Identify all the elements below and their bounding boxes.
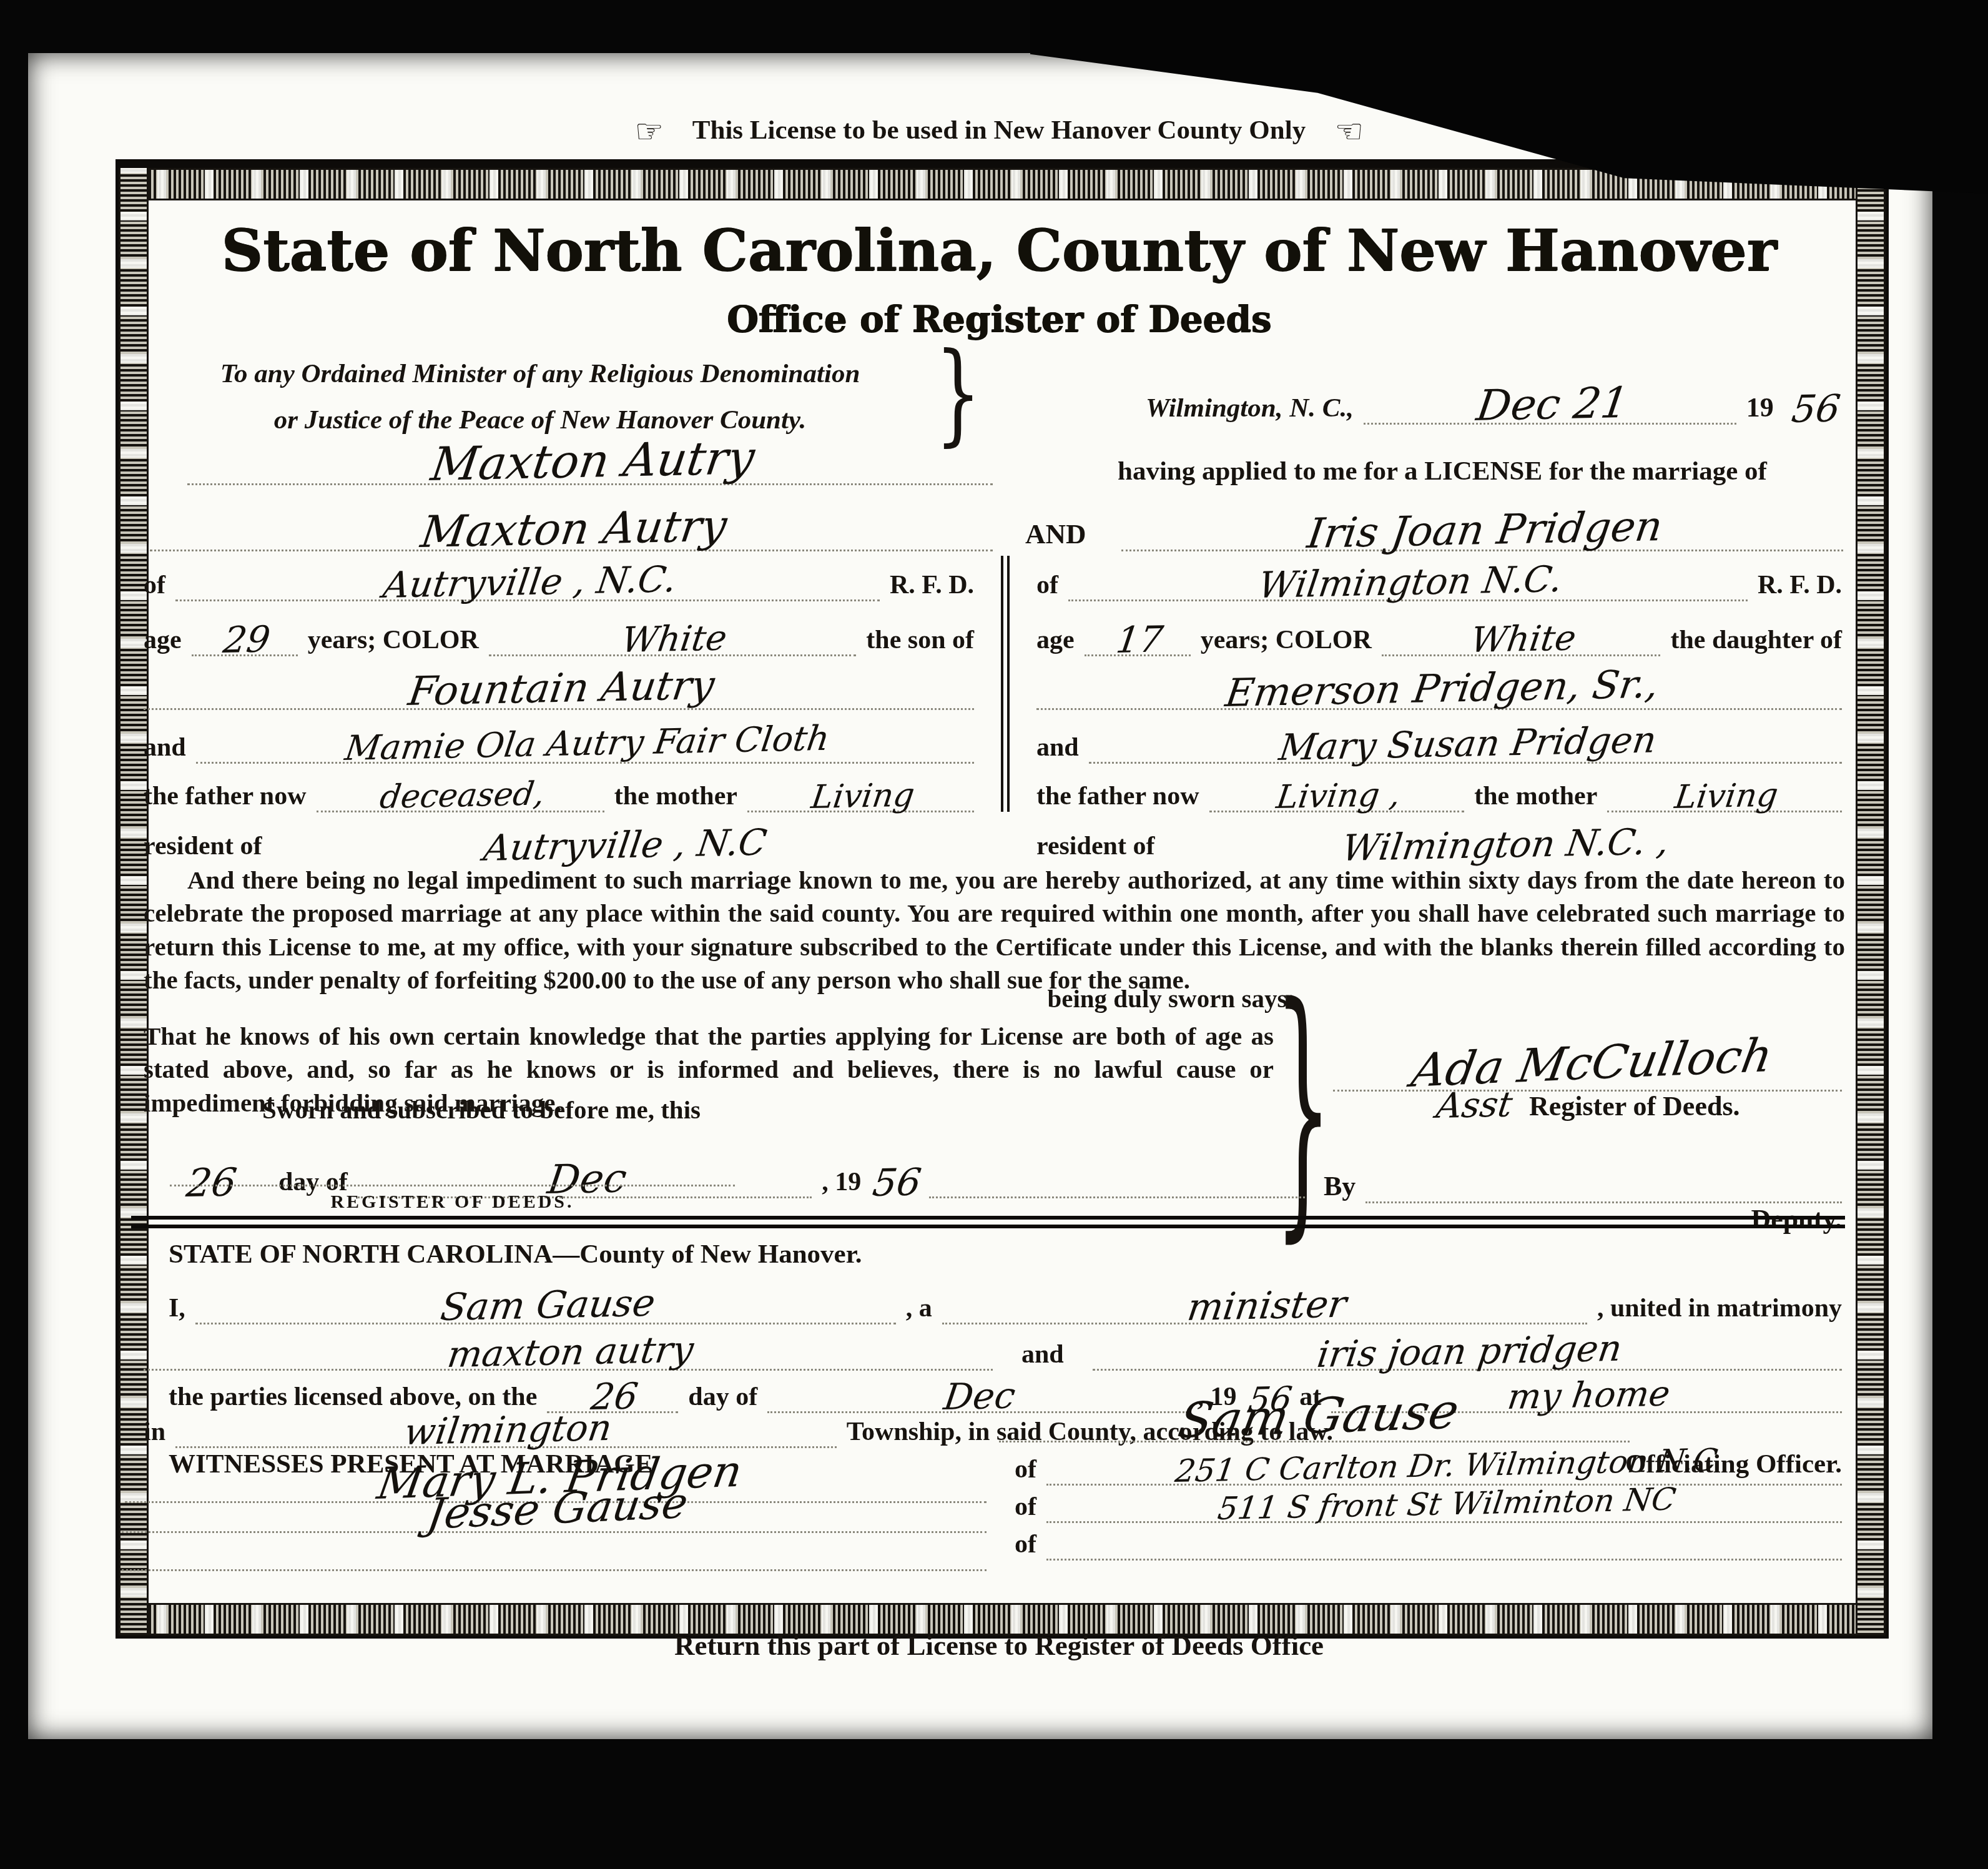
bride-mother-row: and Mary Susan Pridgen [1036, 714, 1842, 764]
sworn-year-handwritten: 56 [871, 1168, 923, 1198]
groom-mother-handwritten: Mamie Ola Autry Fair Cloth [343, 725, 831, 762]
cert-and-label: and [1021, 1341, 1064, 1371]
united-label: , united in matrimony [1597, 1295, 1842, 1324]
bride-residence-field: Wilmington N.C. [1068, 571, 1748, 601]
address3-field [1046, 1559, 1842, 1561]
rfd-label: R. F. D. [1758, 572, 1842, 601]
groom-name-handwritten: Maxton Autry [419, 509, 729, 550]
cert-bride-field: iris joan pridgen [1093, 1341, 1842, 1371]
groom-mother-row: and Mamie Ola Autry Fair Cloth [144, 714, 974, 764]
groom-color-handwritten: White [620, 625, 729, 654]
years-color-label: years; COLOR [308, 627, 479, 656]
bride-father-row: Emerson Pridgen, Sr., [1036, 660, 1842, 710]
groom-name-field: Maxton Autry [150, 515, 993, 551]
groom-mother-field: Mamie Ola Autry Fair Cloth [196, 735, 974, 764]
addressee-line1: To any Ordained Minister of any Religiou… [150, 360, 930, 390]
bride-father-status-field: Living , [1209, 785, 1465, 812]
officiant-name-field: Sam Gause [195, 1293, 896, 1324]
groom-parents-status-row: the father now deceased, the mother Livi… [144, 766, 974, 812]
groom-father-row: Fountain Autry [144, 660, 974, 710]
i-label: I, [169, 1295, 185, 1324]
bride-father-field: Emerson Pridgen, Sr., [1036, 678, 1842, 710]
year-printed-prefix: 19 [1746, 394, 1774, 425]
being-duly-sworn-text: being duly sworn says: [777, 986, 1296, 1015]
cert-groom-field: maxton autry [144, 1341, 993, 1371]
officiant-name-handwritten: Sam Gause [439, 1289, 657, 1323]
cert-bride-handwritten: iris joan pridgen [1316, 1334, 1623, 1369]
applied-text: having applied to me for a LICENSE for t… [1118, 458, 1767, 488]
bride-residence-handwritten: Wilmington N.C. [1257, 565, 1564, 599]
sworn-line-filler [929, 1196, 1305, 1198]
groom-column: of Autryville , N.C. R. F. D. age 29 yea… [144, 553, 974, 865]
officiant-row: I, Sam Gause , a minister , united in ma… [169, 1275, 1842, 1324]
groom-father-status-handwritten: deceased, [378, 782, 546, 811]
the-mother-label: the mother [1474, 783, 1597, 812]
witness2-row: Jesse Gause [122, 1487, 987, 1533]
asst-handwritten: Asst [1435, 1091, 1514, 1120]
deputy-signature-field [1366, 1201, 1842, 1203]
bride-father-handwritten: Emerson Pridgen, Sr., [1224, 669, 1660, 708]
groom-residence-handwritten: Autryville , N.C. [381, 565, 678, 599]
and-lc-label: and [144, 734, 186, 764]
of-label: of [144, 572, 165, 601]
sworn-year-printed: , 19 [822, 1169, 861, 1198]
groom-mother-status-handwritten: Living [810, 783, 916, 811]
age-label: age [1036, 627, 1075, 656]
groom-father-status-field: deceased, [317, 785, 604, 812]
address2-handwritten: 511 S front St Wilminton NC [1216, 1487, 1677, 1521]
sworn-subscribed-text: Sworn and subscribed to before me, this [262, 1097, 701, 1126]
pointing-hand-right-icon: ☞ [634, 113, 664, 150]
scanned-marriage-license: ☞This License to be used in New Hanover … [0, 0, 1988, 1869]
bride-mother-handwritten: Mary Susan Pridgen [1277, 726, 1658, 762]
bride-residence-row: of Wilmington N.C. R. F. D. [1036, 553, 1842, 601]
groom-father-field: Fountain Autry [144, 677, 974, 710]
resident-of-label: resident of [144, 833, 262, 862]
officiant-address3-row: of [1015, 1517, 1842, 1561]
register-caption-block: REGISTER OF DEEDS. [170, 1185, 735, 1215]
registrar-signature-field: Ada McCulloch [1333, 1002, 1842, 1092]
of-label: of [1036, 572, 1058, 601]
bride-age-row: age 17 years; COLOR White the daughter o… [1036, 608, 1842, 656]
township-field: wilmington [175, 1418, 837, 1448]
dateline-place: Wilmington, N. C., [1146, 395, 1354, 425]
applicant-name-handwritten: Maxton Autry [429, 441, 757, 483]
a-label: , a [906, 1295, 932, 1324]
of-label: of [1015, 1531, 1036, 1561]
bride-color-field: White [1382, 627, 1661, 656]
bride-age-handwritten: 17 [1115, 625, 1164, 654]
rfd-label: R. F. D. [890, 572, 974, 601]
officiant-role-handwritten: minister [1186, 1290, 1348, 1323]
son-of-label: the son of [866, 627, 974, 656]
groom-age-row: age 29 years; COLOR White the son of [144, 608, 974, 656]
bride-mother-status-handwritten: Living [1673, 783, 1779, 811]
bride-parents-status-row: the father now Living , the mother Livin… [1036, 766, 1842, 812]
bride-resident-row: resident of Wilmington N.C. , [1036, 814, 1842, 862]
applicant-field: Maxton Autry [187, 447, 993, 485]
document-subtitle: Office of Register of Deeds [116, 298, 1882, 340]
return-instruction: Return this part of License to Register … [116, 1632, 1882, 1663]
year-handwritten: 56 [1790, 395, 1842, 425]
married-couple-row: maxton autry and iris joan pridgen [144, 1322, 1842, 1371]
date-handwritten: Dec 21 [1475, 387, 1630, 423]
in-label: in [144, 1419, 165, 1448]
groom-father-handwritten: Fountain Autry [406, 671, 716, 708]
officiant-signature-block: Sam Gause [999, 1383, 1630, 1442]
bride-resident-handwritten: Wilmington N.C. , [1341, 827, 1671, 862]
couple-names-row: Maxton Autry AND Iris Joan Pridgen [150, 491, 1843, 551]
groom-color-field: White [489, 627, 857, 656]
groom-resident-handwritten: Autryville , N.C [482, 828, 769, 862]
paper-sheet: ☞This License to be used in New Hanover … [28, 53, 1932, 1739]
bride-resident-field: Wilmington N.C. , [1164, 834, 1842, 862]
daughter-of-label: the daughter of [1670, 627, 1842, 656]
township-handwritten: wilmington [403, 1414, 614, 1446]
and-lc-label: and [1036, 734, 1079, 764]
bride-age-field: 17 [1085, 626, 1191, 656]
border-band-right [1856, 168, 1886, 1635]
witness3-empty-line [122, 1569, 987, 1571]
section-divider-rule [131, 1216, 1845, 1228]
date-field: Dec 21 [1364, 390, 1736, 425]
years-color-label: years; COLOR [1201, 627, 1372, 656]
witness2-handwritten: Jesse Gause [425, 1487, 690, 1531]
groom-residence-field: Autryville , N.C. [175, 571, 880, 601]
bride-color-handwritten: White [1469, 625, 1578, 654]
document-title: State of North Carolina, County of New H… [116, 217, 1882, 284]
groom-resident-row: resident of Autryville , N.C [144, 814, 974, 862]
registrar-signature-block: Ada McCulloch Asst Register of Deeds. [1333, 1002, 1842, 1123]
dateline-row: Wilmington, N. C., Dec 21 19 56 [1146, 368, 1844, 425]
by-row: By [1324, 1163, 1842, 1203]
address1-handwritten: 251 C Carlton Dr. Wilmington N.C [1174, 1448, 1719, 1484]
father-now-label: the father now [1036, 783, 1199, 812]
by-label: By [1324, 1173, 1356, 1203]
witness2-field: Jesse Gause [122, 1498, 987, 1533]
groom-age-handwritten: 29 [222, 625, 272, 654]
notice-text: This License to be used in New Hanover C… [692, 116, 1306, 148]
resident-of-label: resident of [1036, 833, 1154, 862]
groom-age-field: 29 [192, 626, 298, 656]
bride-name-handwritten: Iris Joan Pridgen [1306, 510, 1665, 550]
year-field: 56 [1784, 395, 1844, 425]
groom-resident-field: Autryville , N.C [272, 834, 974, 862]
bride-mother-field: Mary Susan Pridgen [1089, 734, 1842, 764]
groom-residence-row: of Autryville , N.C. R. F. D. [144, 553, 974, 601]
bride-name-field: Iris Joan Pridgen [1121, 518, 1844, 551]
bride-column: of Wilmington N.C. R. F. D. age 17 years… [1036, 553, 1842, 865]
pointing-hand-left-icon: ☜ [1334, 113, 1364, 150]
officiant-role-field: minister [942, 1293, 1587, 1324]
and-label: AND [1025, 520, 1086, 551]
column-divider [1001, 556, 1010, 812]
the-mother-label: the mother [614, 783, 737, 812]
age-label: age [144, 627, 182, 656]
groom-mother-status-field: Living [747, 785, 974, 812]
register-of-deeds-caption: REGISTER OF DEEDS. [170, 1193, 735, 1215]
officiant-signature-handwritten: Sam Gause [1176, 1393, 1462, 1441]
cert-groom-handwritten: maxton autry [446, 1336, 695, 1369]
applicant-signature-row: Maxton Autry [187, 425, 993, 485]
certificate-heading: STATE OF NORTH CAROLINA—County of New Ha… [169, 1241, 862, 1271]
registrar-signature-handwritten: Ada McCulloch [1409, 1038, 1774, 1090]
bride-mother-status-field: Living [1607, 785, 1842, 812]
officiant-signature-field: Sam Gause [999, 1383, 1630, 1442]
father-now-label: the father now [144, 783, 307, 812]
register-of-deeds-label: Register of Deeds. [1529, 1093, 1740, 1123]
authorization-paragraph: And there being no legal impediment to s… [144, 864, 1845, 997]
